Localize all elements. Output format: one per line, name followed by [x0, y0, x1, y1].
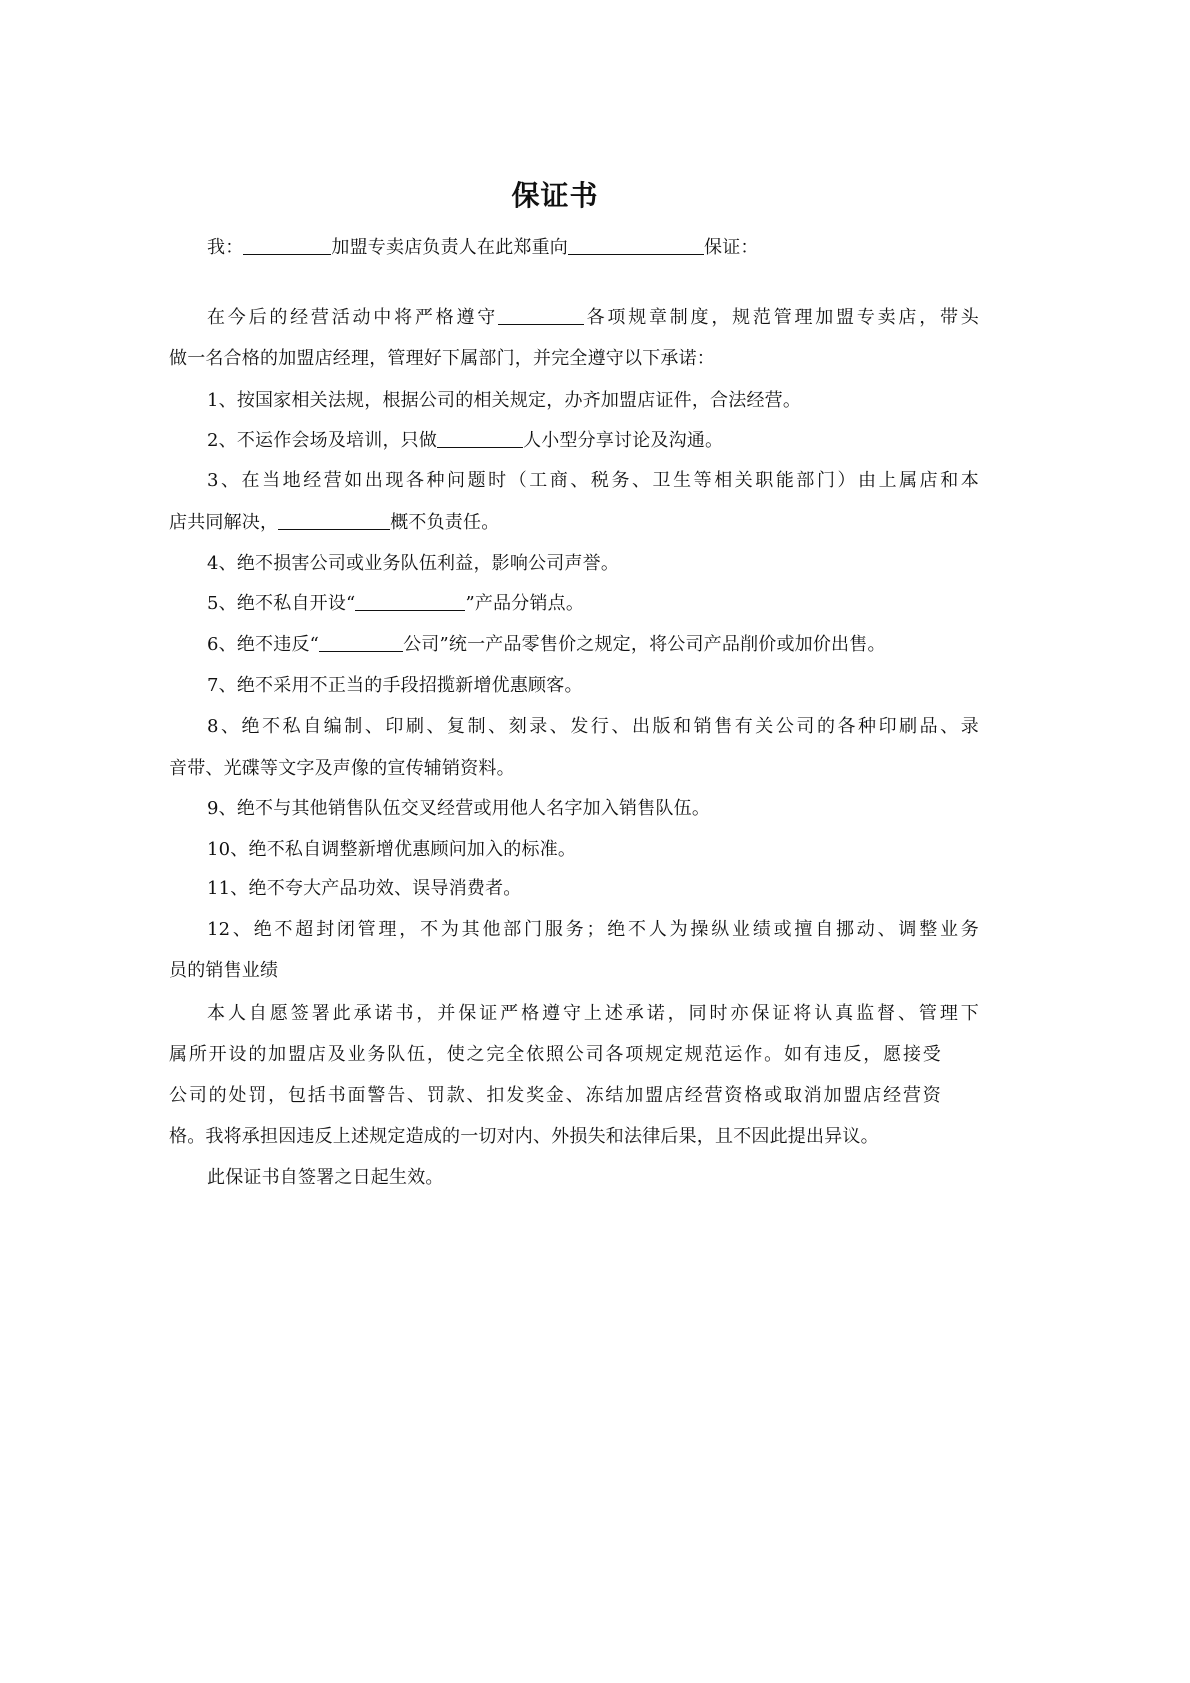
franchise-name-blank[interactable] [243, 236, 331, 255]
liability-party-blank[interactable] [278, 511, 390, 530]
item-7: 7、绝不采用不正当的手段招揽新增优惠顾客。 [169, 674, 979, 698]
pricing-company-blank[interactable] [319, 633, 403, 652]
preamble-text: 各项规章制度，规范管理加盟专卖店，带头 [584, 307, 979, 328]
item-text: 6、绝不违反“ [207, 634, 319, 655]
item-text: 店共同解决， [169, 512, 278, 533]
intro-suffix: 保证： [704, 237, 759, 258]
item-3-line-1: 3、在当地经营如出现各种问题时（工商、税务、卫生等相关职能部门）由上属店和本 [169, 469, 979, 493]
item-6: 6、绝不违反“公司”统一产品零售价之规定，将公司产品削价或加价出售。 [169, 633, 979, 657]
intro-line: 我：加盟专卖店负责人在此郑重向保证： [169, 236, 979, 260]
company-name-blank[interactable] [568, 236, 704, 255]
item-text: 人小型分享讨论及沟通。 [523, 430, 723, 451]
preamble-line-2: 做一名合格的加盟店经理，管理好下属部门，并完全遵守以下承诺： [169, 347, 941, 371]
item-text: 公司”统一产品零售价之规定，将公司产品削价或加价出售。 [403, 634, 886, 655]
item-text: 2、不运作会场及培训，只做 [207, 430, 437, 451]
item-text: ”产品分销点。 [465, 593, 584, 614]
item-9: 9、绝不与其他销售队伍交叉经营或用他人名字加入销售队伍。 [169, 797, 979, 821]
item-text: 5、绝不私自开设“ [207, 593, 355, 614]
item-text: 概不负责任。 [390, 512, 499, 533]
item-2: 2、不运作会场及培训，只做人小型分享讨论及沟通。 [169, 429, 979, 453]
item-12-line-2: 员的销售业绩 [169, 959, 941, 983]
intro-prefix: 我： [207, 237, 243, 258]
item-11: 11、绝不夸大产品功效、误导消费者。 [169, 877, 979, 901]
closing-line-1: 本人自愿签署此承诺书，并保证严格遵守上述承诺，同时亦保证将认真监督、管理下 [169, 1002, 979, 1026]
item-1: 1、按国家相关法规，根据公司的相关规定，办齐加盟店证件，合法经营。 [169, 389, 979, 413]
closing-line-3: 公司的处罚，包括书面警告、罚款、扣发奖金、冻结加盟店经营资格或取消加盟店经营资 [169, 1084, 941, 1108]
closing-line-4: 格。我将承担因违反上述规定造成的一切对内、外损失和法律后果，且不因此提出异议。 [169, 1125, 941, 1149]
item-3-line-2: 店共同解决，概不负责任。 [169, 511, 941, 535]
intro-middle: 加盟专卖店负责人在此郑重向 [331, 237, 568, 258]
document-title: 保证书 [169, 176, 941, 216]
item-5: 5、绝不私自开设“”产品分销点。 [169, 592, 979, 616]
item-10: 10、绝不私自调整新增优惠顾问加入的标准。 [169, 838, 979, 862]
item-4: 4、绝不损害公司或业务队伍利益，影响公司声誉。 [169, 552, 979, 576]
closing-line-2: 属所开设的加盟店及业务队伍，使之完全依照公司各项规定规范运作。如有违反，愿接受 [169, 1043, 941, 1067]
group-size-blank[interactable] [437, 429, 523, 448]
preamble-text: 在今后的经营活动中将严格遵守 [207, 307, 498, 328]
rules-company-blank[interactable] [498, 306, 584, 325]
item-8-line-2: 音带、光碟等文字及声像的宣传辅销资料。 [169, 757, 941, 781]
effective-statement: 此保证书自签署之日起生效。 [169, 1166, 979, 1190]
item-12-line-1: 12、绝不超封闭管理，不为其他部门服务；绝不人为操纵业绩或擅自挪动、调整业务 [169, 918, 979, 942]
preamble-line-1: 在今后的经营活动中将严格遵守各项规章制度，规范管理加盟专卖店，带头 [169, 306, 979, 330]
item-8-line-1: 8、绝不私自编制、印刷、复制、刻录、发行、出版和销售有关公司的各种印刷品、录 [169, 715, 979, 739]
product-brand-blank[interactable] [355, 592, 465, 611]
